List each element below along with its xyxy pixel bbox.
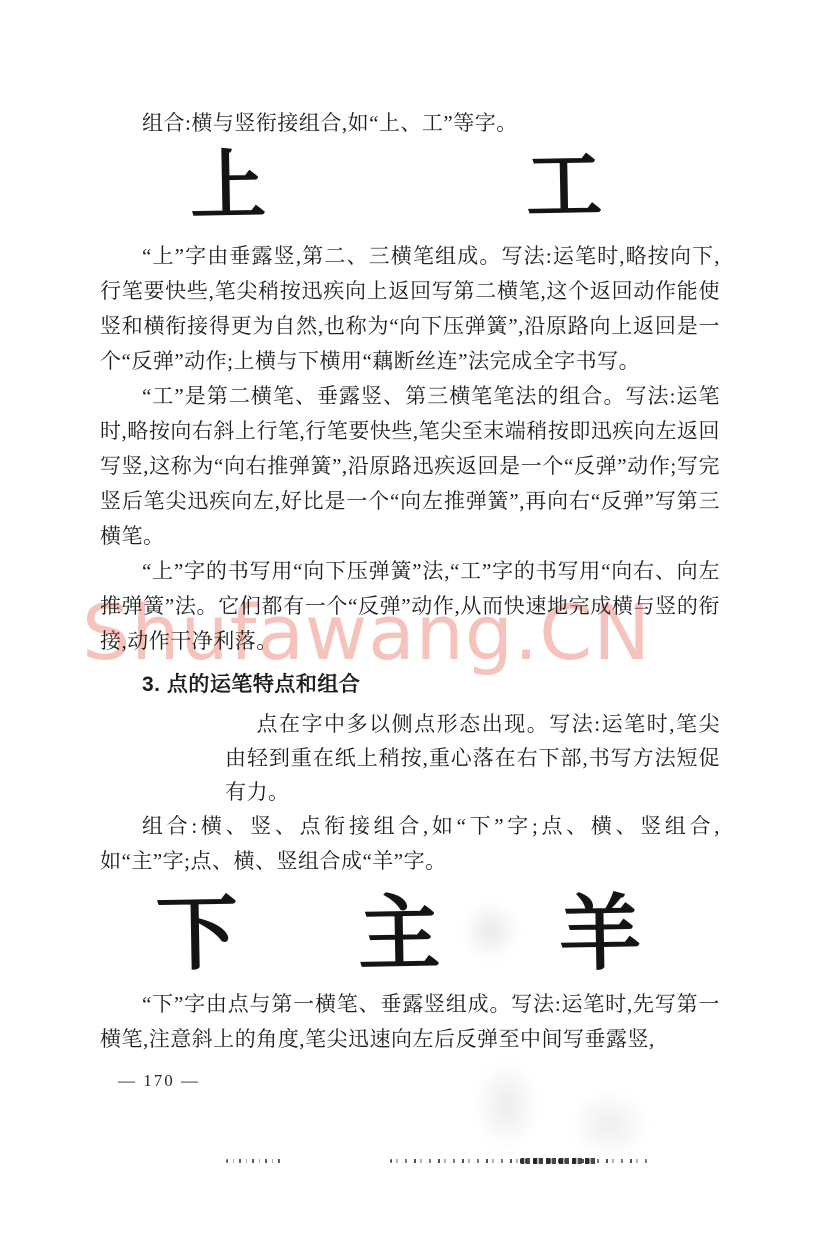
paragraph-xia-explanation: “下”字由点与第一横笔、垂露竖组成。写法:运笔时,先写第一横笔,注意斜上的角度,…: [100, 987, 720, 1057]
scan-speckle-line: [226, 1159, 284, 1163]
paragraph-gong-explanation: “工”是第二横笔、垂露竖、第三横笔笔法的组合。写法:运笔时,略按向右斜上行笔,行…: [100, 379, 720, 554]
page-content: 组合:横与竖衔接组合,如“上、工”等字。 上 工 “上”字由垂露竖,第二、三横笔…: [100, 106, 720, 1098]
scan-speckle-line: [390, 1159, 648, 1163]
page-number: — 170 —: [118, 1063, 720, 1098]
scan-speckle-line: [520, 1158, 598, 1164]
example-char-shang: 上: [189, 140, 267, 233]
combination-intro-line: 组合:横与竖衔接组合,如“上、工”等字。: [100, 106, 720, 141]
scanned-book-page: Shufawang.CN 组合:横与竖衔接组合,如“上、工”等字。 上 工 “上…: [0, 0, 816, 1235]
example-characters-row-dian: 下 主 羊: [100, 879, 720, 987]
example-char-gong: 工: [525, 140, 603, 233]
example-char-yang: 羊: [559, 882, 643, 987]
paragraph-shang-explanation: “上”字由垂露竖,第二、三横笔组成。写法:运笔时,略按向下,行笔要快些,笔尖稍按…: [100, 239, 720, 379]
example-char-xia: 下: [155, 882, 239, 987]
paragraph-dot-note: 点在字中多以侧点形态出现。写法:运笔时,笔尖由轻到重在纸上稍按,重心落在右下部,…: [225, 707, 720, 809]
combination-line-dot: 组合:横、竖、点衔接组合,如“下”字;点、横、竖组合,如“主”字;点、横、竖组合…: [100, 809, 720, 879]
paragraph-summary: “上”字的书写用“向下压弹簧”法,“工”字的书写用“向右、向左推弹簧”法。它们都…: [100, 554, 720, 659]
example-characters-row-heng-shu: 上 工: [100, 141, 720, 233]
section-heading-dot-strokes: 3. 点的运笔特点和组合: [100, 671, 720, 699]
example-char-zhu: 主: [357, 882, 441, 987]
